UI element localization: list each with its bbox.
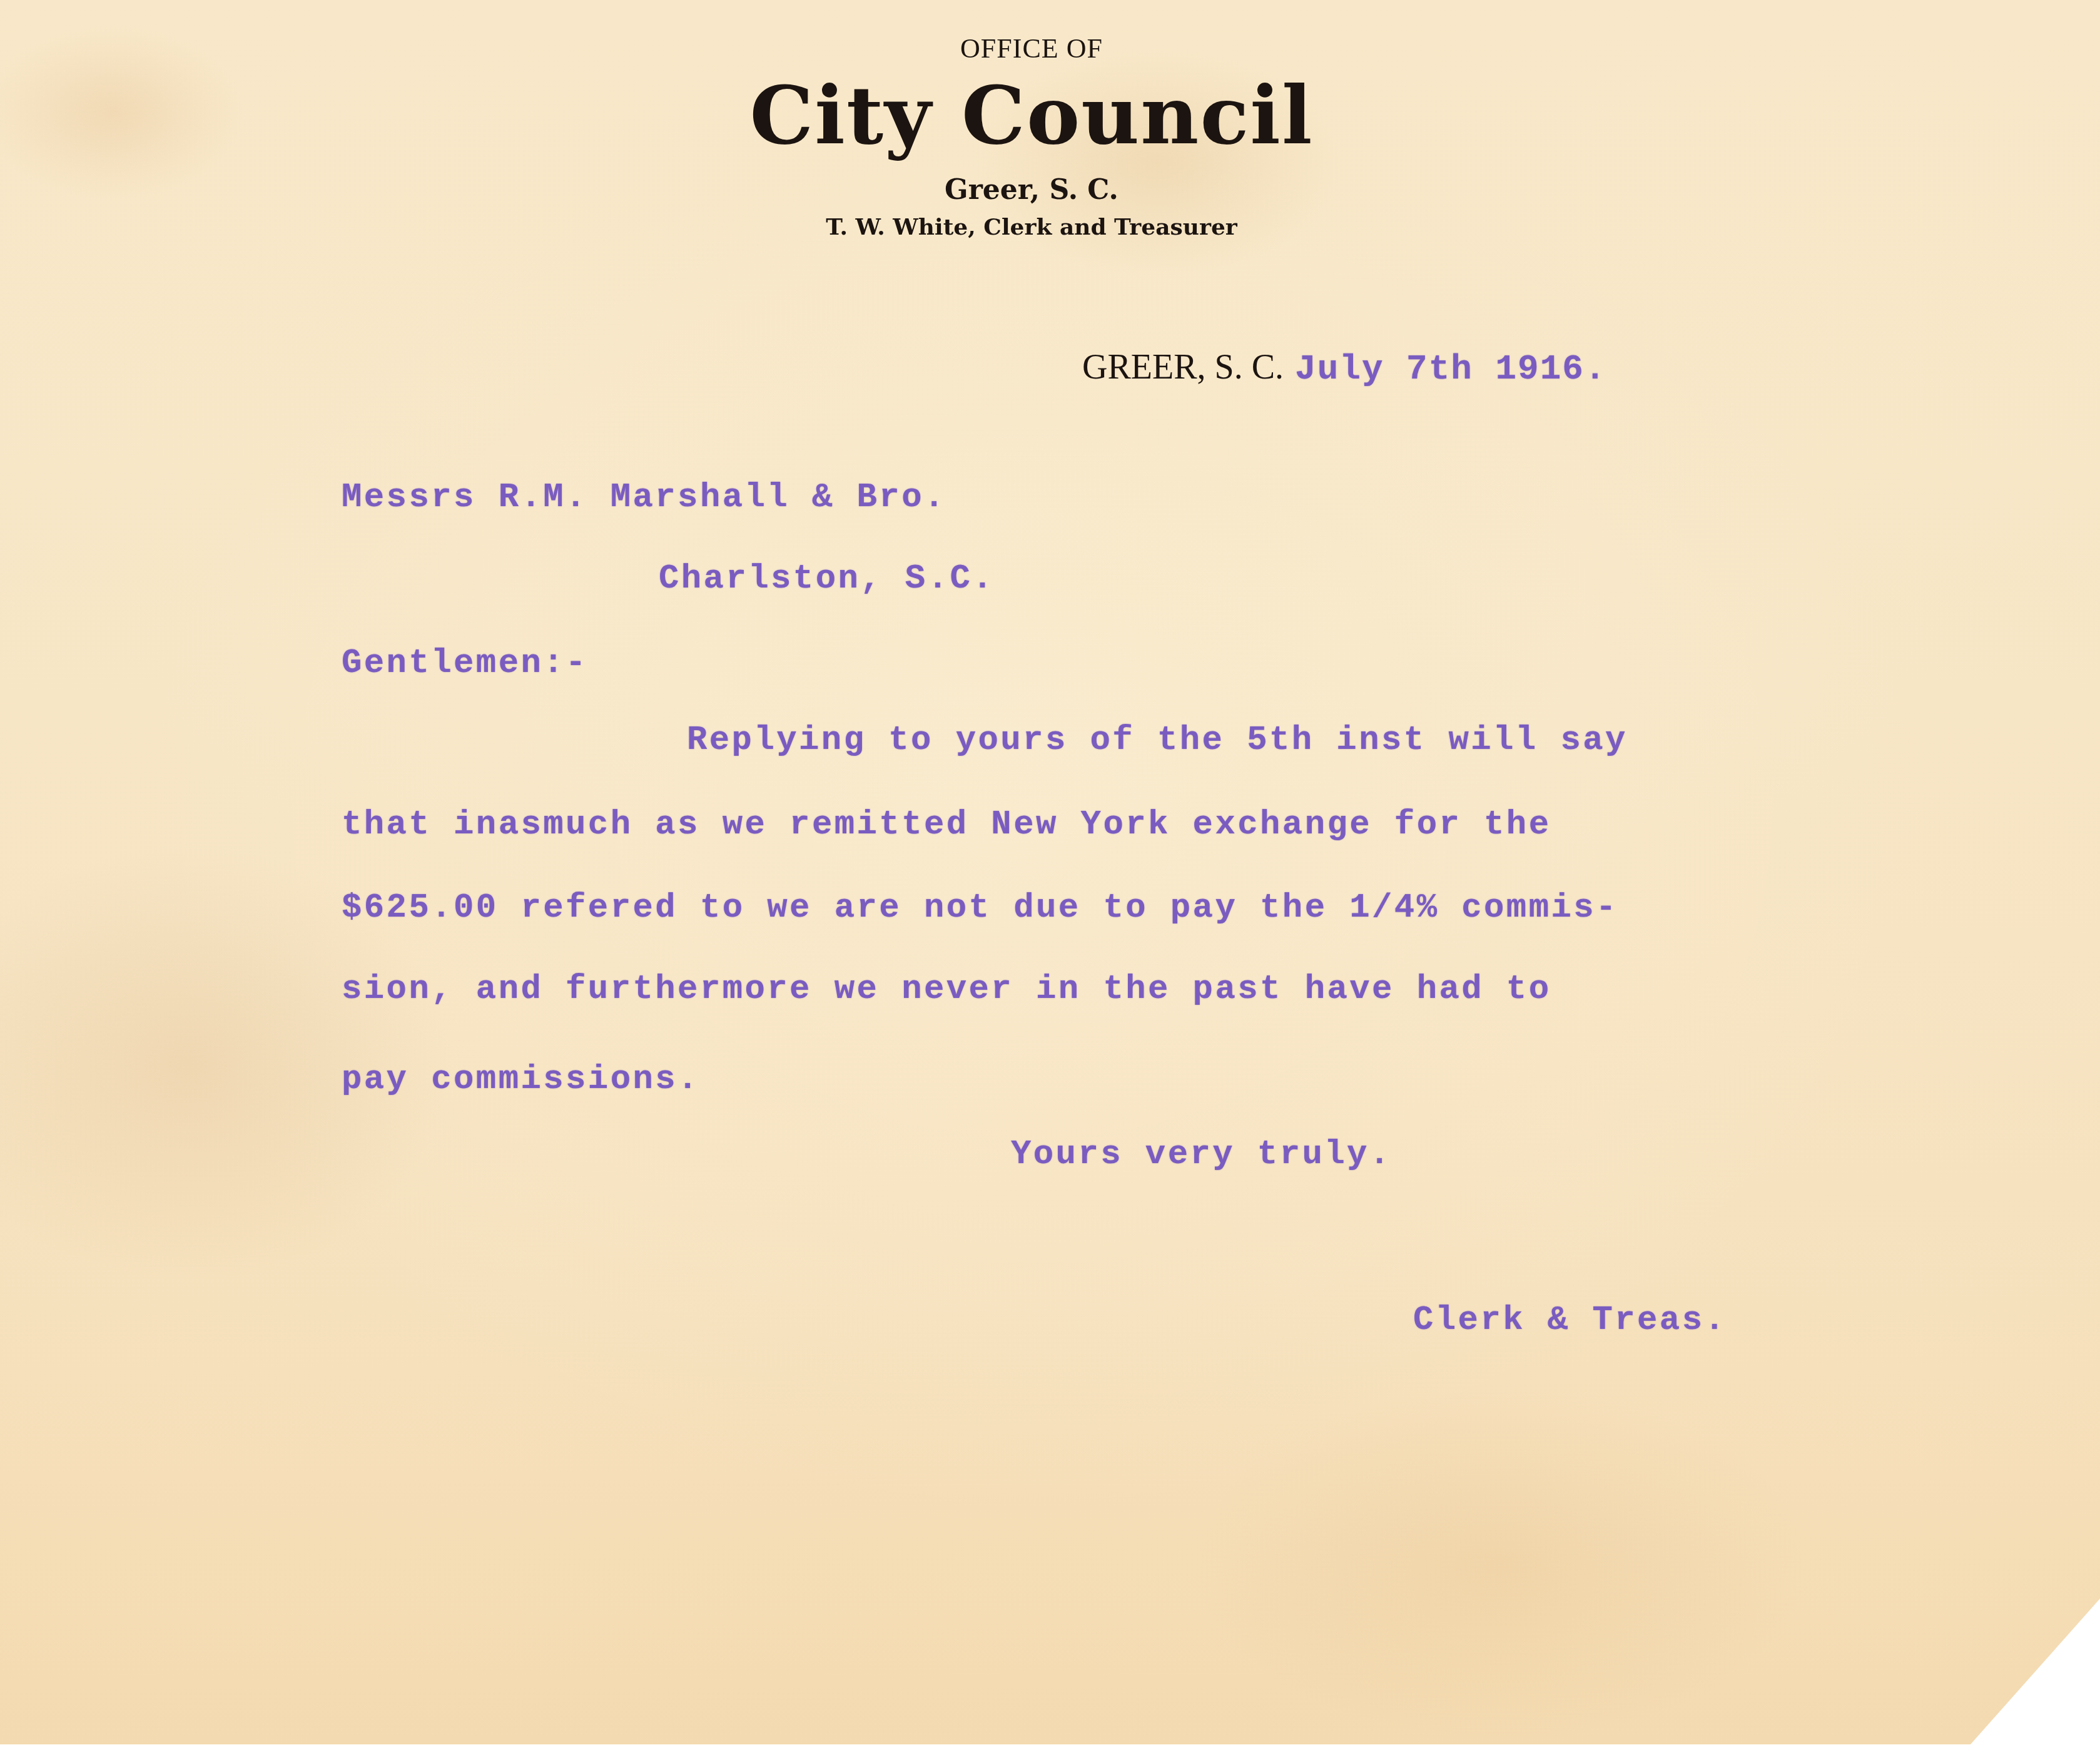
dateline-place: GREER, S. C. bbox=[1082, 348, 1284, 387]
body-line: sion, and furthermore we never in the pa… bbox=[342, 970, 1551, 1009]
recipient-name: Messrs R.M. Marshall & Bro. bbox=[342, 479, 946, 517]
letterhead-location: Greer, S. C. bbox=[945, 174, 1118, 206]
letter-paper: OFFICE OF City Council Greer, S. C. T. W… bbox=[0, 0, 2100, 1744]
dateline: GREER, S. C.July 7th 1916. bbox=[1082, 347, 1607, 389]
letterhead-officer: T. W. White, Clerk and Treasurer bbox=[826, 214, 1237, 240]
salutation: Gentlemen:- bbox=[342, 644, 588, 683]
closing: Yours very truly. bbox=[1011, 1136, 1392, 1174]
letterhead-title: City Council bbox=[749, 72, 1313, 160]
signature-title: Clerk & Treas. bbox=[1413, 1301, 1727, 1340]
letterhead-office-of: OFFICE OF bbox=[960, 33, 1103, 64]
letter-date: July 7th 1916. bbox=[1295, 349, 1606, 389]
body-line: pay commissions. bbox=[342, 1061, 700, 1099]
body-line: Replying to yours of the 5th inst will s… bbox=[687, 721, 1628, 760]
body-line: that inasmuch as we remitted New York ex… bbox=[342, 806, 1551, 844]
recipient-city: Charlston, S.C. bbox=[659, 560, 995, 598]
body-line: $625.00 refered to we are not due to pay… bbox=[342, 889, 1618, 927]
